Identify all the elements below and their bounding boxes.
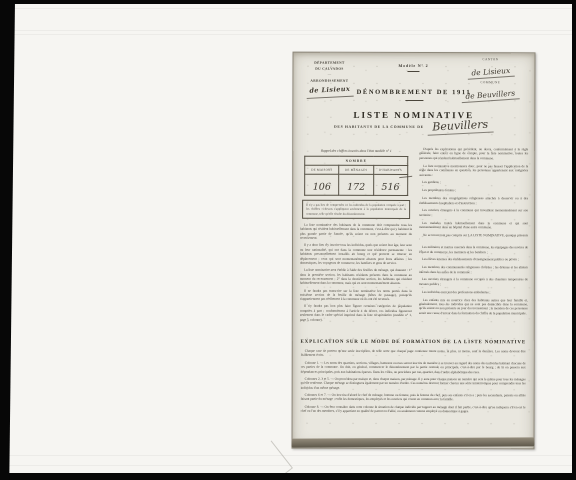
canton-handwritten: de Lisieux [467,66,514,80]
recap-value-menages: 172 [347,182,365,193]
instruction-item: Les militaires et marins casernés dans l… [419,245,528,254]
recap-col-habitants: D'HABITANTS [373,165,407,174]
canton-label: CANTON [451,57,529,61]
instruction-item: Les ouvriers étrangers à la commune occu… [419,277,528,286]
instruction-item: Les individus exerçant des professions a… [419,290,528,295]
left-column: Rappel des chiffres inscrits dans l'état… [300,149,412,339]
explication-paragraph: Chaque case ne portera qu'une seule insc… [301,349,526,358]
recap-col-maisons: DE MAISONS [305,165,339,174]
instruction-paragraph: La liste nominative mentionnera donc, po… [419,164,528,178]
explication-heading: EXPLICATION SUR LE MODE DE FORMATION DE … [293,340,534,346]
scan-frame-left [0,0,15,480]
instruction-item: Les membres des communautés religieuses … [419,265,528,274]
instruction-item: Les élèves internes des établissements d… [419,257,528,262]
scan-frame-bottom [0,473,576,480]
instruction-paragraph: Il ne faudra pas transcrire sur la liste… [300,288,412,302]
recap-value-habitants: 516 [381,182,399,193]
title-rule [405,100,423,101]
instruction-item: Les propriétaires forains ; [419,188,528,193]
scan-viewport: DÉPARTEMENT DU CALVADOS — ARRONDISSEMENT… [0,0,576,480]
instruction-paragraph: Il n'y faudra pas non plus faire figurer… [300,304,412,322]
instruction-item: Les gardiens ; [419,180,528,185]
recap-header: NOMBRE [305,156,408,165]
explication-body: Chaque case ne portera qu'une seule insc… [301,349,526,430]
instruction-paragraph: La liste nominative sera établie à l'aid… [300,268,412,286]
instruction-paragraph: Ne se trouveront pas compris sur LA LIST… [419,233,528,242]
explication-paragraph: Colonnes 6 et 7. — On inscrira d'abord l… [301,393,526,402]
scan-artifact-line [0,455,576,456]
instruction-paragraph: La liste nominative des habitants de la … [300,223,412,241]
scan-frame-right [572,0,576,480]
model-rule [407,70,419,71]
scan-artifact-line [0,34,576,35]
recap-caption: Rappel des chiffres inscrits dans l'état… [300,149,412,153]
paper-bottom-edge-shadow [291,437,534,447]
explication-paragraph: Colonnes 2, 3 et 5. — On procédera par m… [301,376,526,390]
subtitle-row: DES HABITANTS DE LA COMMUNE DE Beuviller… [293,119,534,135]
right-column: D'après les explications qui précèdent, … [419,147,529,339]
document-title: DÉNOMBREMENT DE 1911 [293,89,534,97]
recap-value-maisons: 106 [313,182,331,193]
model-number: Modèle N° 2 [373,63,453,71]
instruction-paragraph: Les enfants mis en nourrice chez des hab… [419,298,528,316]
census-document-page: DÉPARTEMENT DU CALVADOS — ARRONDISSEMENT… [291,52,535,450]
subtitle-text: DES HABITANTS DE LA COMMUNE DE [334,125,424,129]
scan-frame-top [0,0,576,4]
commune-label: COMMUNE [451,80,529,84]
instruction-paragraph: Il y a donc lieu d'y inscrire tous les i… [300,243,412,265]
scan-artifact-line [0,30,576,31]
instruction-item: Les ouvriers étrangers à la commune qui … [419,208,528,217]
recap-col-menages: DE MÉNAGES [339,165,373,174]
instruction-item: Les malades traités habituellement dans … [419,221,528,230]
instruction-paragraph: D'après les explications qui précèdent, … [419,147,528,161]
commune-name-handwritten: Beuvillers [427,117,494,135]
recap-note: Il n'y a pas lieu de comprendre ici les … [302,200,410,219]
instruction-item: Les membres des congrégations religieuse… [419,196,528,205]
recap-table: NOMBRE DE MAISONS DE MÉNAGES D'HABITANTS… [304,156,408,196]
scan-artifact-line [0,8,576,9]
pen-flourish [400,175,413,178]
explication-paragraph: Colonne 8. — On fera connaître dans cett… [301,404,526,413]
model-number-label: Modèle N° 2 [398,63,428,68]
explication-paragraph: Colonne 1. — Les noms des quartiers, sec… [301,360,526,374]
